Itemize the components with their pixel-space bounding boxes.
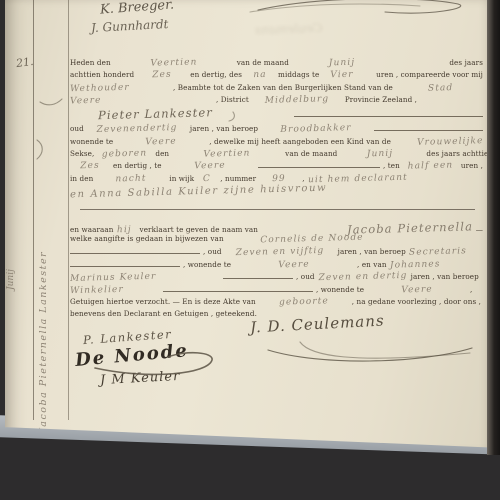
act-line-birth-date: Sekse, geboren den Veertien van de maand…: [70, 149, 483, 159]
act-line-closing-1: Getuigen hiertoe verzocht. — En is deze …: [70, 297, 483, 307]
printed-text: Getuigen hiertoe verzocht. — En is deze …: [70, 297, 256, 306]
handwritten-occupation: Broodbakker: [261, 123, 371, 136]
printed-text: ,: [302, 174, 304, 183]
printed-text: , oud: [203, 247, 222, 256]
act-line-registration-date: Heden den Veertien van de maand Junij de…: [70, 58, 483, 68]
printed-text: wonende te: [70, 137, 113, 146]
handwritten-birth-day: Veertien: [172, 148, 282, 161]
printed-text: , oud: [296, 272, 315, 281]
blank-rule: [70, 260, 180, 267]
handwritten-ampm: na: [245, 70, 275, 81]
act-line-witness2-name: Marinus Keuler , oud Zeven en dertig jar…: [70, 272, 483, 282]
handwritten-town: Veere: [70, 94, 180, 107]
act-line-witness2-occupation: Winkelier , wonende te Veere ,: [70, 285, 483, 295]
section-divider: [80, 209, 475, 210]
handwritten-ward: C: [197, 173, 217, 184]
handwritten-witness2-residence: Veere: [367, 283, 467, 296]
handwritten-witness2-name: Marinus Keuler: [70, 270, 220, 284]
printed-text: achttien honderd: [70, 70, 134, 79]
handwritten-born: geboren: [97, 148, 152, 159]
handwritten-witness1-age: Zeven en vijftig: [225, 246, 335, 259]
act-line-official: Wethouder , Beambte tot de Zaken van den…: [70, 83, 483, 93]
printed-text: , dewelke mij heeft aangeboden een Kind …: [209, 137, 391, 146]
printed-text: , en van: [357, 260, 387, 269]
handwritten-birth-month: Junij: [340, 148, 420, 160]
handwritten-witness2-age: Zeven en dertig: [318, 271, 408, 283]
printed-text: in wijk: [169, 174, 194, 183]
act-line-year-time: achttien honderd Zes en dertig, des na m…: [70, 70, 483, 80]
handwritten-witness2-occupation: Winkelier: [70, 283, 160, 295]
handwritten-month: Junij: [292, 57, 392, 70]
blank-rule: [163, 285, 313, 292]
printed-text: van de maand: [237, 58, 289, 67]
printed-text: des jaars: [449, 58, 483, 67]
blank-rule: [70, 247, 200, 254]
printed-text: Sekse,: [70, 149, 94, 158]
printed-text: —: [476, 225, 483, 234]
printed-text: Provincie Zeeland ,: [345, 95, 417, 104]
printed-text: , Beambte tot de Zaken van den Burgerlij…: [173, 83, 393, 92]
handwritten-day: Veertien: [114, 56, 234, 69]
printed-text: jaren , van beroep: [411, 272, 479, 281]
act-line-address: in den nacht in wijk C , nummer 99 , uit…: [70, 174, 483, 184]
handwritten-witness1-residence: Veere: [234, 258, 354, 271]
handwritten-age: Zevenendertig: [87, 123, 187, 136]
act-line-declarant-age: oud Zevenendertig jaren , van beroep Bro…: [70, 124, 483, 134]
handwritten-declarant-name: Pieter Lankester: [98, 104, 268, 122]
handwritten-witness1-occupation: Secretaris: [409, 246, 467, 258]
printed-text: welke aangifte is gedaan in bijwezen van: [70, 234, 224, 243]
handwritten-witness2-firstname: Johannes: [389, 259, 440, 270]
printed-text: , ten: [383, 161, 400, 170]
printed-text: en dertig , te: [113, 161, 162, 170]
handwritten-municipality-type: Stad: [428, 82, 483, 93]
act-line-witness1-residence: , wonende te Veere , en van Johannes: [70, 260, 483, 270]
printed-text: Heden den: [70, 58, 111, 67]
printed-text: , District: [216, 95, 249, 104]
printed-text: , na gedane voorlezing , door ons ,: [352, 297, 481, 306]
margin-month-label: Junij: [6, 190, 16, 290]
act-line-mother: en Anna Sabilla Kuiler zijne huisvrouw: [70, 186, 483, 197]
blank-rule: [374, 124, 483, 131]
register-page: 21. Junij Jacoba Pieternella Lankester K…: [5, 0, 490, 452]
scanned-birth-record: 21. Junij Jacoba Pieternella Lankester K…: [0, 0, 500, 500]
act-line-place: Veere , District Middelburg Provincie Ze…: [70, 95, 483, 105]
handwritten-birth-hour: half een: [403, 160, 458, 171]
blank-rule: [223, 272, 293, 279]
printed-text: middags te: [278, 70, 319, 79]
printed-text: en dertig, des: [190, 70, 242, 79]
handwritten-residence: Veere: [116, 135, 206, 147]
margin-rule-right: [68, 0, 69, 420]
handwritten-mother-name: en Anna Sabilla Kuiler zijne huisvrouw: [70, 183, 327, 201]
printed-text: den: [155, 149, 169, 158]
printed-text: uren , compareerde voor mij: [376, 70, 483, 79]
printed-text: jaren , van beroep: [338, 247, 406, 256]
handwritten-witness1-name: Cornelis de Noode: [227, 232, 397, 246]
handwritten-house-number: 99: [259, 173, 299, 184]
handwritten-act-type: geboorte: [259, 295, 349, 307]
act-line-witness1-name: welke aangifte is gedaan in bijwezen van…: [70, 234, 483, 244]
act-line-declarant-name: Pieter Lankester: [70, 106, 483, 120]
printed-text: , wonende te: [316, 285, 364, 294]
printed-text: oud: [70, 124, 84, 133]
margin-child-name-label: Jacoba Pieternella Lankester: [38, 112, 49, 432]
act-line-birth-place-time: Zes en dertig , te Veere , ten half een …: [70, 161, 483, 171]
printed-text: van de maand: [285, 149, 337, 158]
act-line-residence-sex: wonende te Veere , dewelke mij heeft aan…: [70, 137, 483, 147]
handwritten-year: Zes: [137, 69, 187, 80]
handwritten-official-title: Wethouder: [70, 81, 170, 94]
printed-text: uren ,: [461, 161, 483, 170]
printed-text: verklaart te geven de naam van: [140, 225, 259, 234]
handwritten-birth-year: Zes: [70, 160, 110, 171]
printed-text: , nummer: [220, 174, 256, 183]
handwritten-daypart: nacht: [96, 173, 166, 185]
page-edge-shadow: [487, 0, 500, 455]
handwritten-birth-place: Veere: [165, 160, 255, 172]
printed-text: in den: [70, 174, 93, 183]
blank-rule: [258, 161, 380, 168]
blank-rule: [294, 110, 483, 117]
handwritten-hour: Vier: [322, 69, 362, 80]
act-number: 21.: [15, 55, 34, 70]
handwritten-sex: Vrouwelijke: [416, 136, 483, 148]
printed-text: en waaraan: [70, 225, 114, 234]
printed-text: ,: [470, 285, 472, 294]
printed-text: , wonende te: [183, 260, 231, 269]
act-line-child-name: en waaraan hij verklaart te geven de naa…: [70, 221, 483, 235]
printed-text: benevens den Declarant en Getuigen , get…: [70, 309, 257, 318]
printed-text: jaren , van beroep: [190, 124, 258, 133]
act-line-witness1-age: , oud Zeven en vijftig jaren , van beroe…: [70, 247, 483, 257]
